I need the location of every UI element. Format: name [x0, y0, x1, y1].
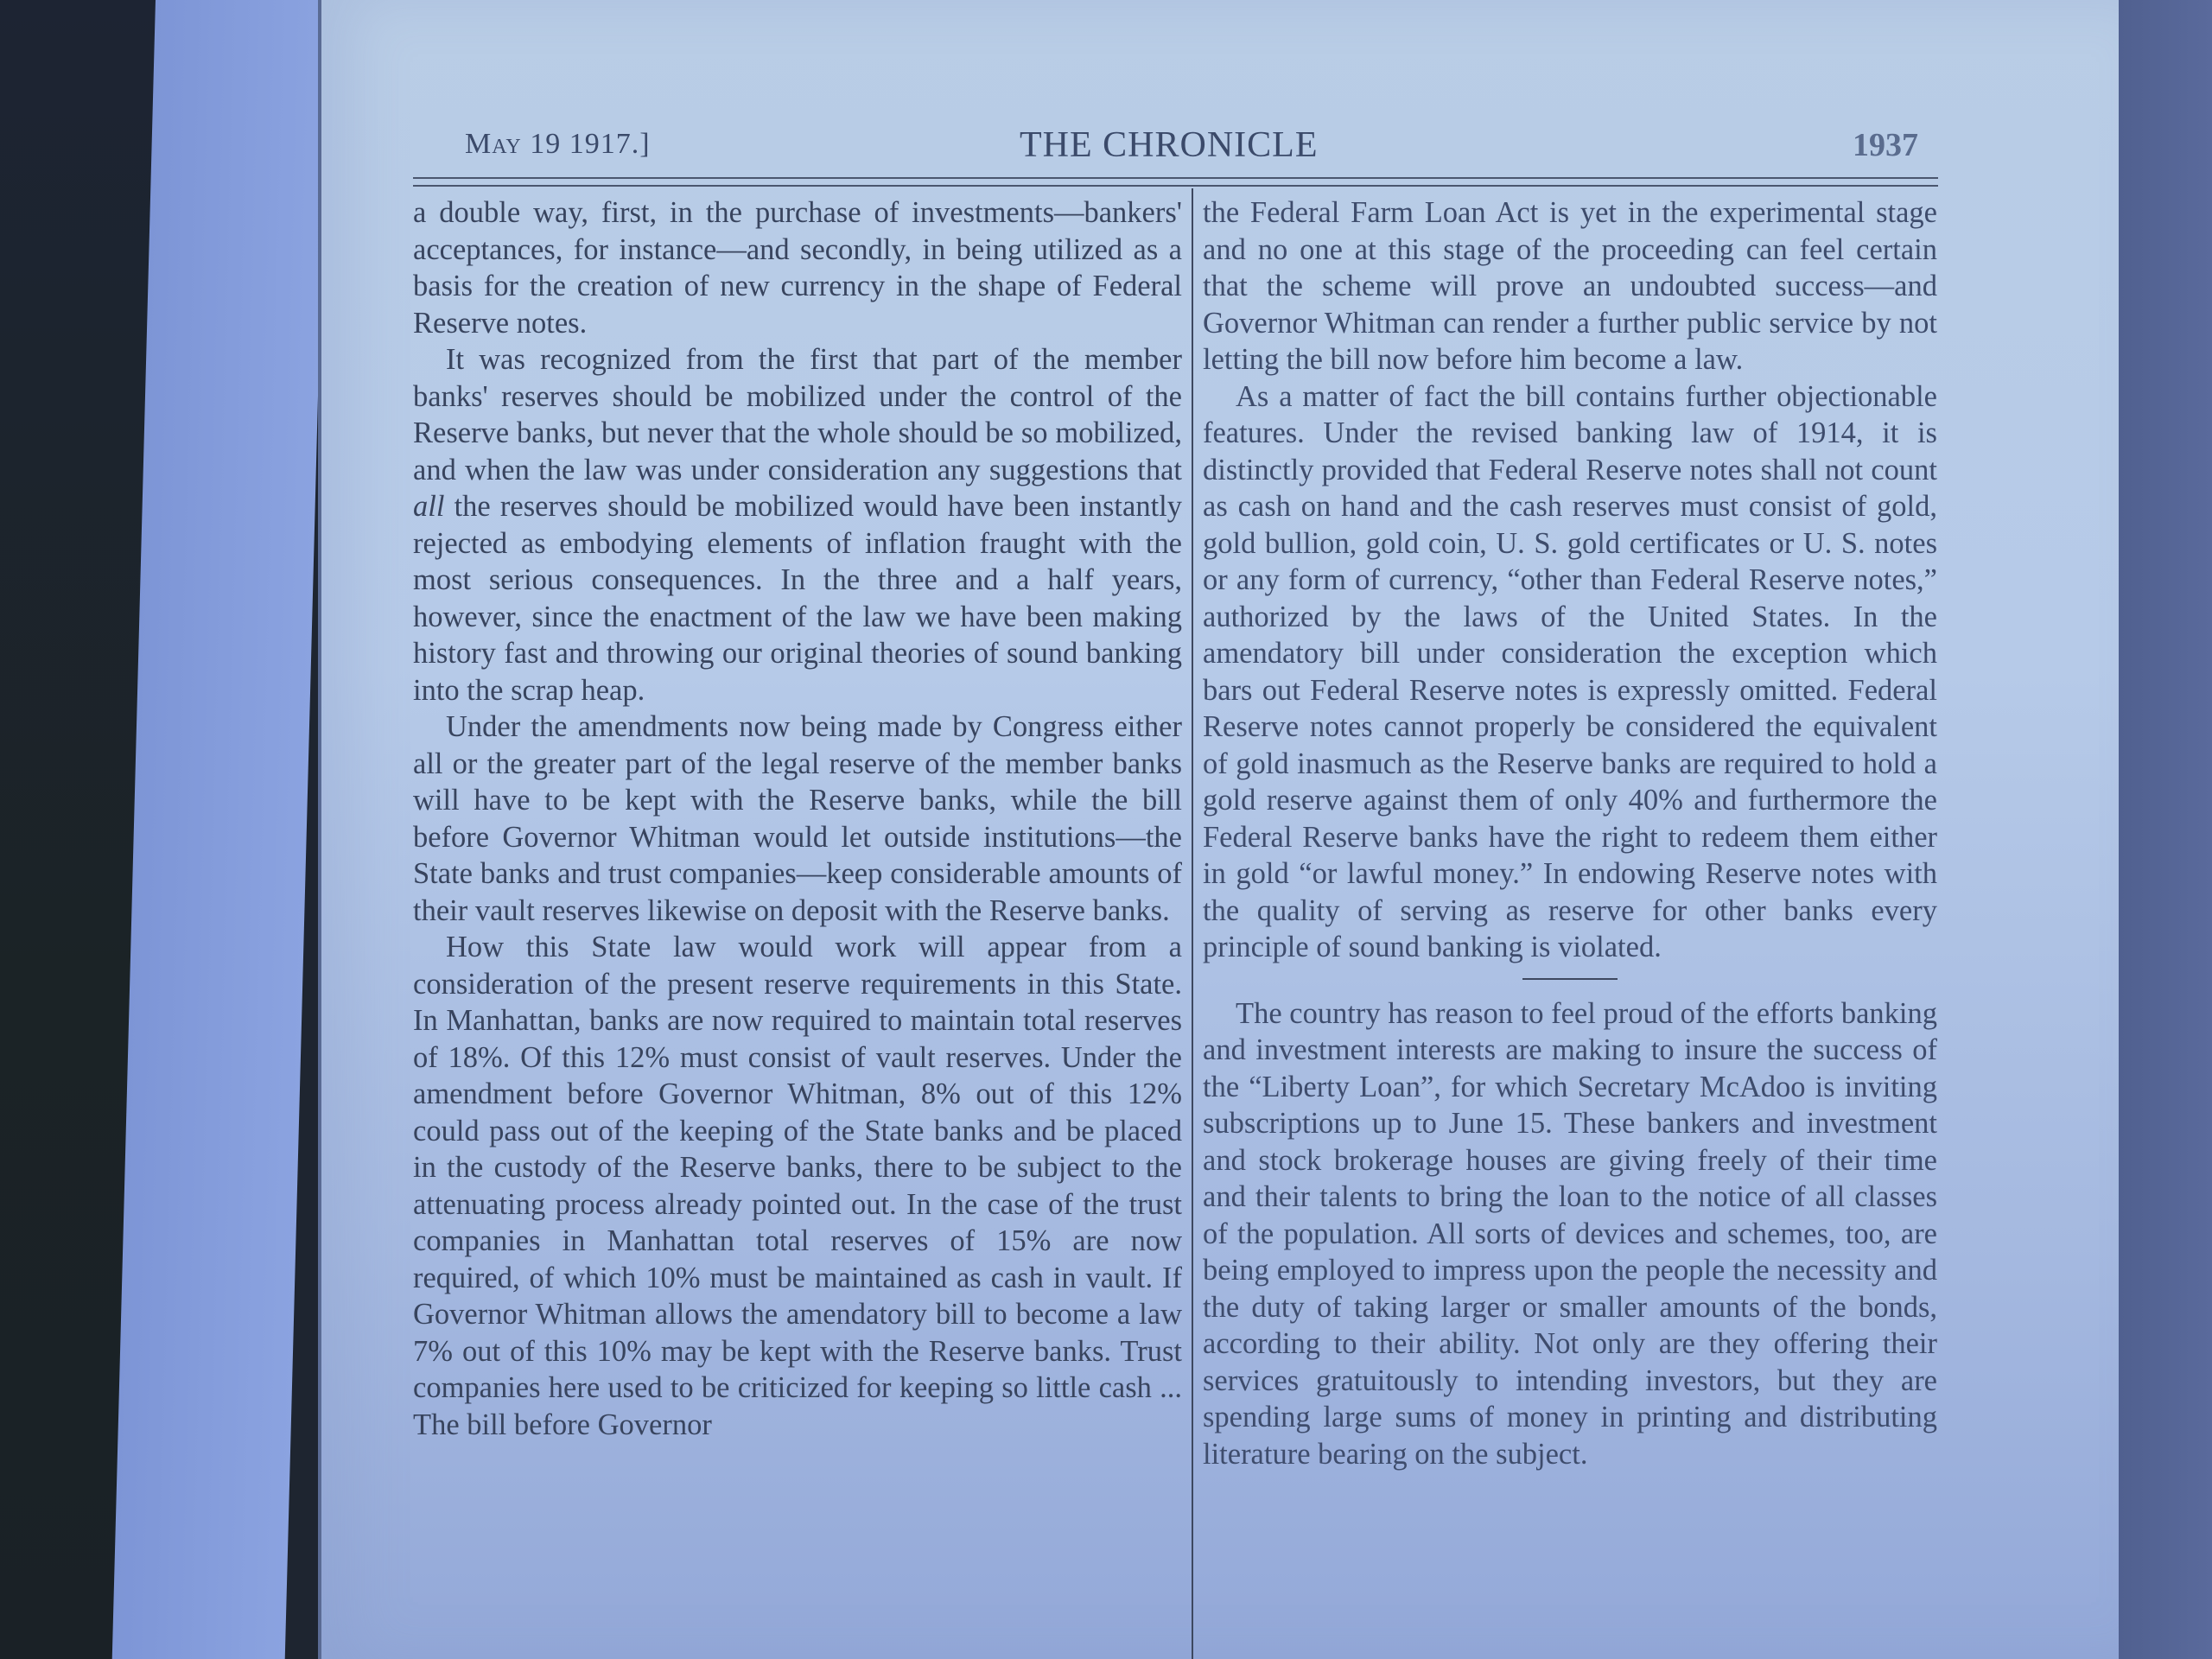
paragraph: It was recognized from the first that pa…	[413, 341, 1182, 709]
corner-mark	[389, 4, 401, 22]
left-column: a double way, first, in the purchase of …	[413, 194, 1182, 1443]
section-separator	[1522, 978, 1618, 980]
header-rule-bottom	[413, 185, 1938, 187]
publication-title: THE CHRONICLE	[1020, 124, 1318, 166]
italic-emphasis: all	[413, 490, 444, 523]
header-date: May 19 1917.]	[465, 128, 651, 161]
right-column: the Federal Farm Loan Act is yet in the …	[1203, 194, 1937, 1472]
header-rule-top	[413, 177, 1938, 179]
page-number: 1937	[1853, 126, 1918, 164]
column-divider	[1192, 188, 1193, 1659]
paragraph: Under the amendments now being made by C…	[413, 709, 1182, 929]
paragraph: the Federal Farm Loan Act is yet in the …	[1203, 194, 1937, 378]
paragraph: How this State law would work will appea…	[413, 929, 1182, 1443]
paragraph: The country has reason to feel proud of …	[1203, 995, 1937, 1473]
dark-background-right	[2108, 0, 2212, 1659]
paragraph: a double way, first, in the purchase of …	[413, 194, 1182, 341]
paragraph: As a matter of fact the bill contains fu…	[1203, 378, 1937, 966]
page-header: May 19 1917.] THE CHRONICLE 1937	[458, 128, 1918, 180]
